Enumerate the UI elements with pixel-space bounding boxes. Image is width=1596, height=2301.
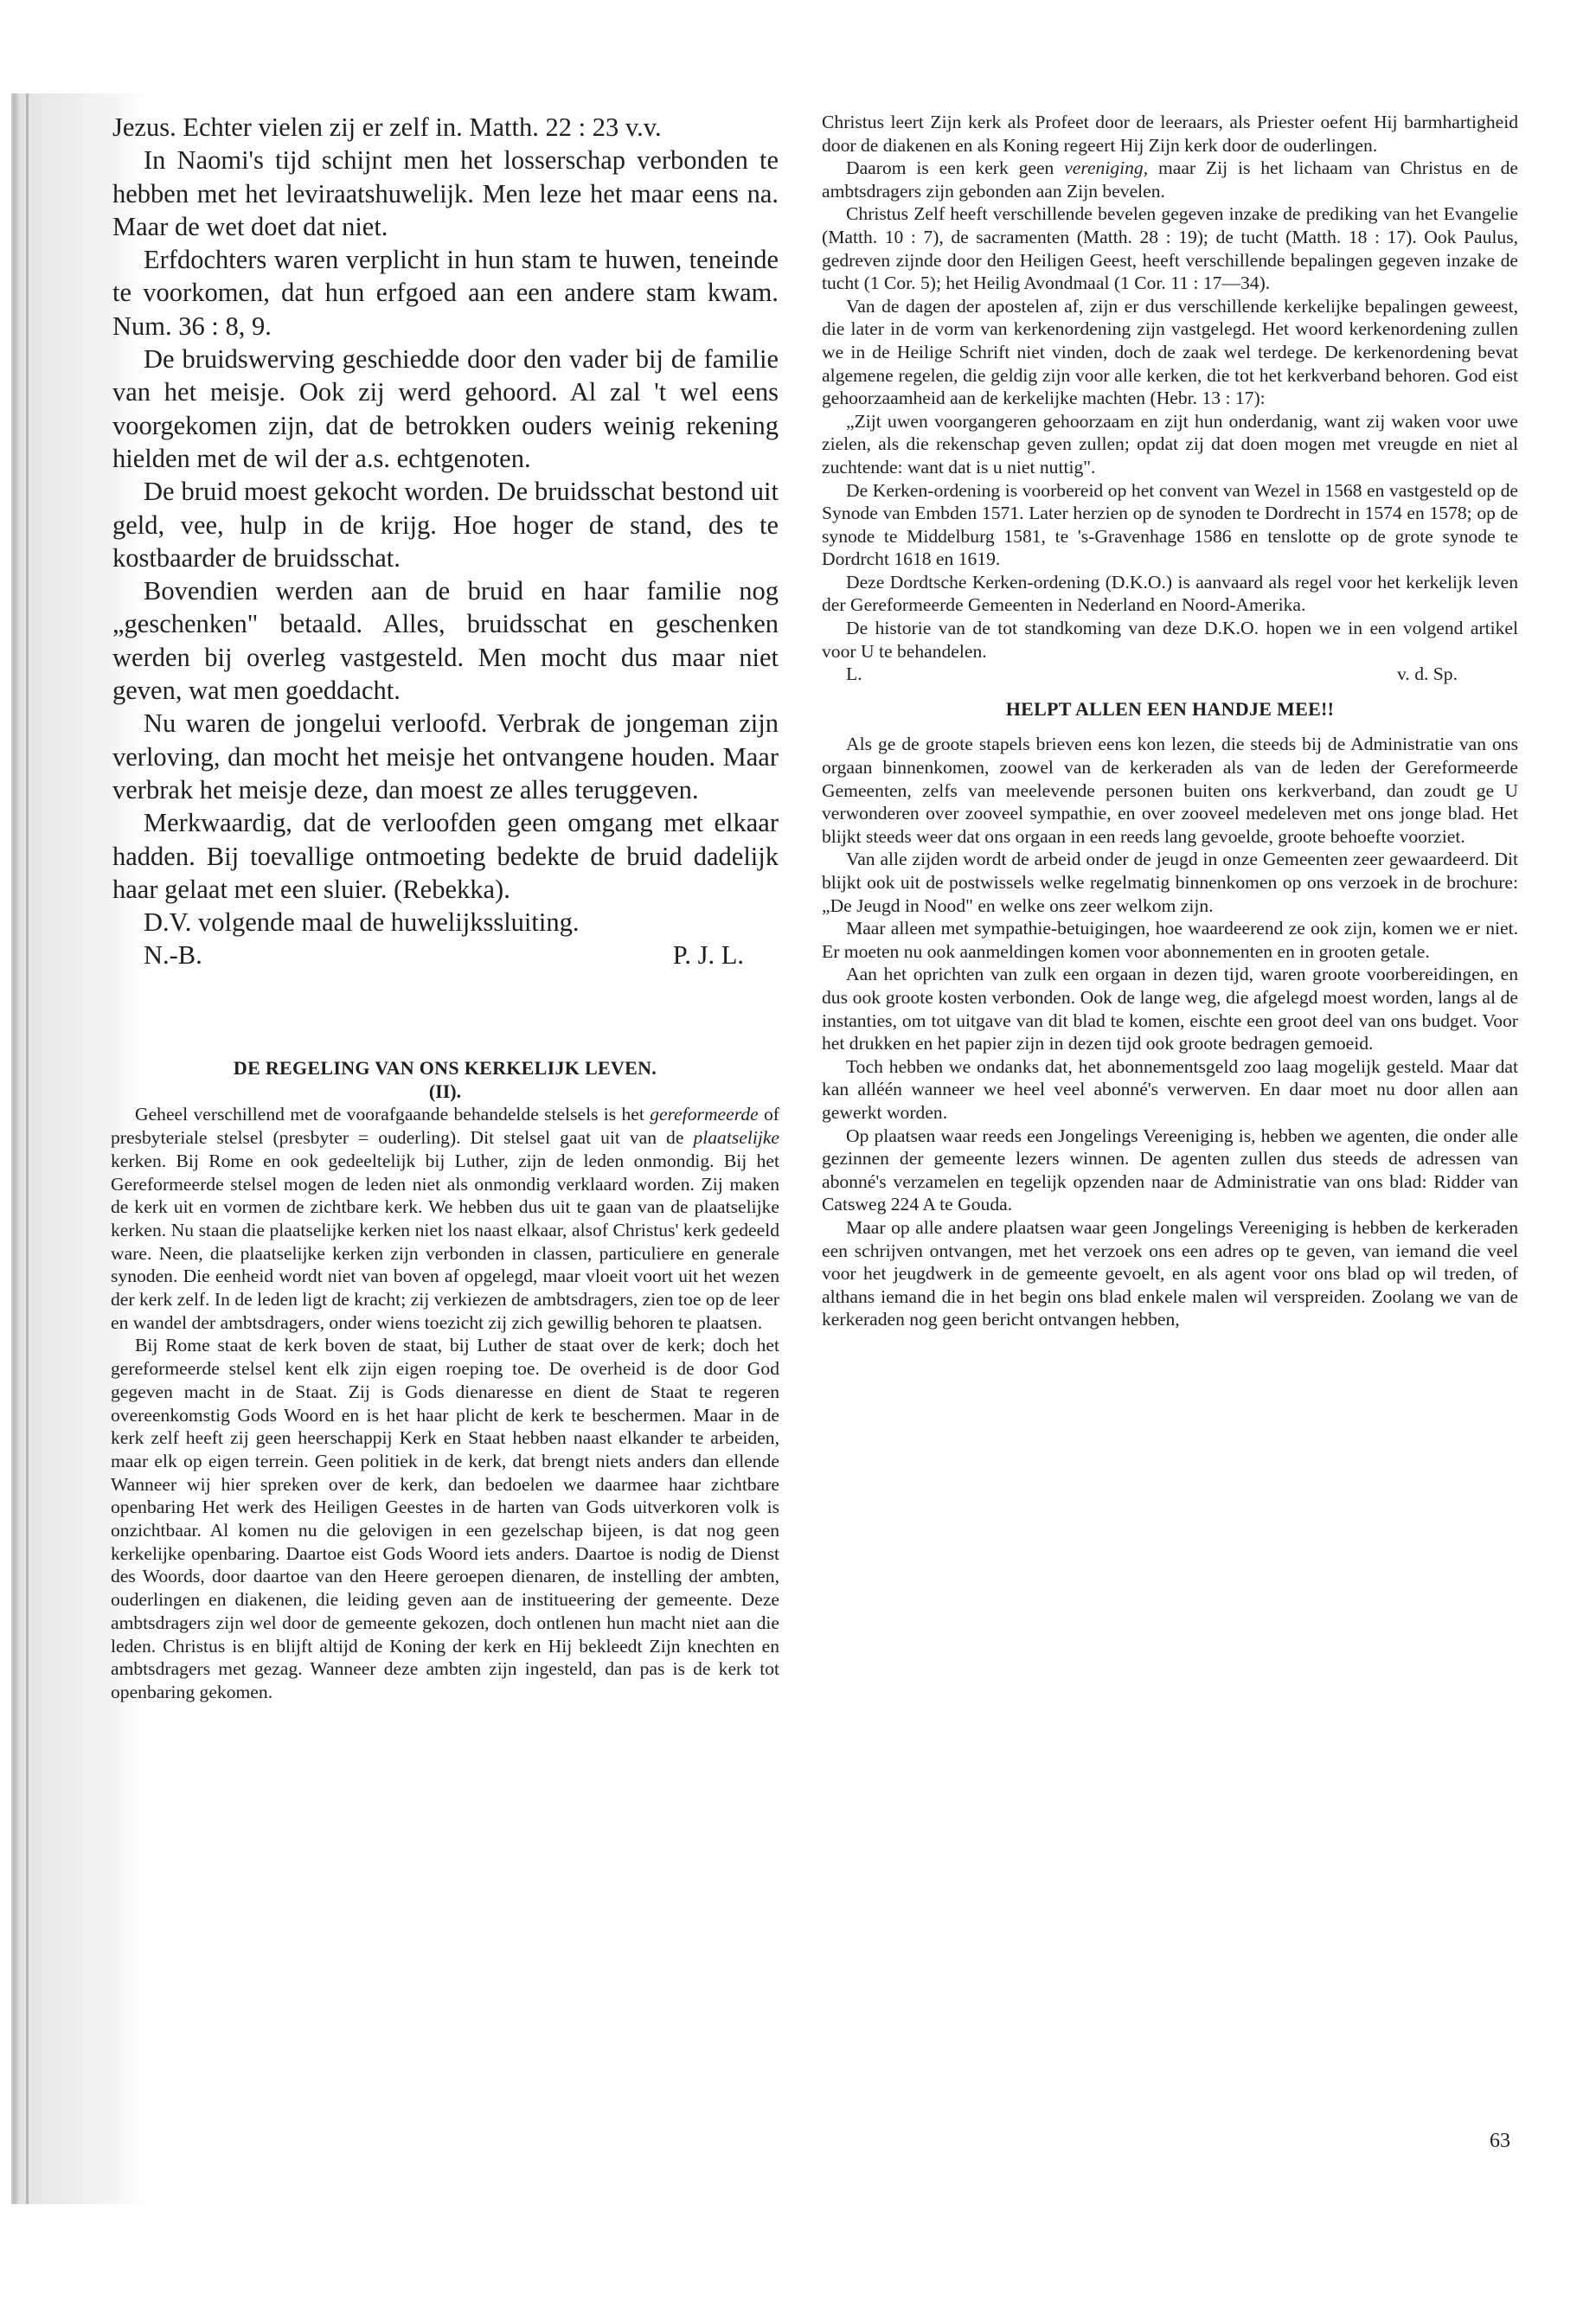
paragraph: Maar op alle andere plaatsen waar geen J… (822, 1216, 1518, 1331)
signature-author: P. J. L. (673, 939, 744, 971)
right-column: Christus leert Zijn kerk als Profeet doo… (822, 111, 1518, 1331)
paragraph: De historie van de tot standkoming van d… (822, 617, 1518, 663)
signature-place: L. (846, 663, 862, 686)
paragraph: Aan het oprichten van zulk een orgaan in… (822, 963, 1518, 1054)
article-signature: N.-B. P. J. L. (112, 939, 779, 971)
signature-place: N.-B. (144, 939, 202, 971)
scan-page-edge (26, 93, 29, 2204)
emphasis: plaatselijke (693, 1127, 779, 1148)
paragraph: Deze Dordtsche Kerken-ordening (D.K.O.) … (822, 571, 1518, 617)
paragraph: Nu waren de jongelui verloofd. Verbrak d… (112, 707, 779, 806)
article-title: DE REGELING VAN ONS KERKELIJK LEVEN. (111, 1057, 779, 1080)
paragraph: De bruidswerving geschiedde door den vad… (112, 343, 779, 475)
paragraph: D.V. volgende maal de huwelijkssluiting. (112, 906, 779, 939)
paragraph: Toch hebben we ondanks dat, het abonneme… (822, 1055, 1518, 1125)
paragraph: Christus Zelf heeft verschillende bevele… (822, 202, 1518, 294)
paragraph: Bovendien werden aan de bruid en haar fa… (112, 574, 779, 707)
paragraph: Geheel verschillend met de voorafgaande … (111, 1103, 779, 1334)
paragraph: Op plaatsen waar reeds een Jongelings Ve… (822, 1125, 1518, 1216)
paragraph: Erfdochters waren verplicht in hun stam … (112, 243, 779, 343)
emphasis: vereniging, (1064, 157, 1148, 178)
paragraph: Jezus. Echter vielen zij er zelf in. Mat… (112, 111, 779, 144)
paragraph: Daarom is een kerk geen vereniging, maar… (822, 157, 1518, 202)
paragraph: Van alle zijden wordt de arbeid onder de… (822, 848, 1518, 917)
paragraph: De bruid moest gekocht worden. De bruids… (112, 475, 779, 574)
emphasis: gereformeerde (650, 1104, 759, 1125)
paragraph: In Naomi's tijd schijnt men het lossersc… (112, 144, 779, 243)
paragraph: Maar alleen met sympathie-betuigingen, h… (822, 917, 1518, 963)
page-number: 63 (1490, 2130, 1510, 2153)
paragraph: Merkwaardig, dat de verloofden geen omga… (112, 806, 779, 906)
article-regeling-kerkelijk-leven: DE REGELING VAN ONS KERKELIJK LEVEN. (II… (111, 1057, 779, 1704)
paragraph: Bij Rome staat de kerk boven de staat, b… (111, 1334, 779, 1703)
paragraph: Als ge de groote stapels brieven eens ko… (822, 733, 1518, 848)
article-subtitle: (II). (111, 1080, 779, 1104)
paragraph: De Kerken-ordening is voorbereid op het … (822, 479, 1518, 571)
paragraph: Christus leert Zijn kerk als Profeet doo… (822, 111, 1518, 157)
paragraph: Van de dagen der apostelen af, zijn er d… (822, 295, 1518, 410)
quote-paragraph: „Zijt uwen voorgangeren gehoorzaam en zi… (822, 410, 1518, 479)
article-signature: L. v. d. Sp. (822, 663, 1518, 686)
signature-author: v. d. Sp. (1397, 663, 1458, 686)
article-bruidswerving-continuation: Jezus. Echter vielen zij er zelf in. Mat… (112, 111, 779, 972)
article-title: HELPT ALLEN EEN HANDJE MEE!! (822, 698, 1518, 721)
